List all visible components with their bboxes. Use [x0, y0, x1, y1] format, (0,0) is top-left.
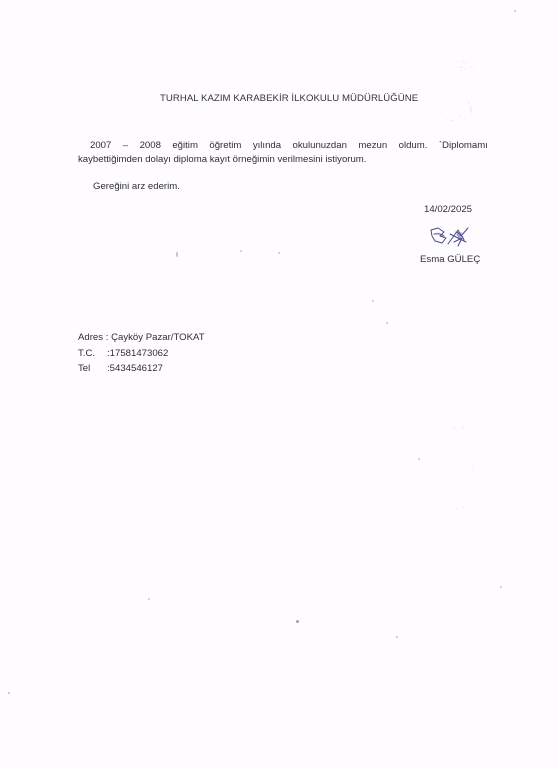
- tel-value: :5434546127: [107, 361, 163, 377]
- scan-speck: [296, 620, 299, 623]
- word: 2008: [140, 139, 161, 153]
- scan-artifact: .· ·:.: [452, 424, 466, 432]
- scan-speck: [176, 252, 178, 257]
- petition-paragraph: 2007 – 2008 eğitim öğretim yılında okulu…: [78, 139, 488, 167]
- word: –: [123, 139, 128, 153]
- word: mezun: [358, 139, 387, 153]
- word: `Diplomamı: [439, 139, 488, 153]
- tc-value: :17581473062: [107, 346, 168, 362]
- paragraph-line-2: kaybettiğimden dolayı diploma kayıt örne…: [78, 153, 488, 167]
- scanned-document-page: TURHAL KAZIM KARABEKİR İLKOKULU MÜDÜRLÜĞ…: [0, 0, 558, 768]
- word: yılında: [253, 139, 281, 153]
- document-date: 14/02/2025: [424, 204, 472, 215]
- scan-speck: [500, 586, 502, 588]
- word: eğitim: [172, 139, 198, 153]
- word: 2007: [90, 139, 111, 153]
- tel-label: Tel: [78, 361, 107, 377]
- scan-artifact: ·.·:.. ':· '·.: [456, 58, 475, 74]
- tc-label: T.C.: [78, 346, 107, 362]
- document-heading: TURHAL KAZIM KARABEKİR İLKOKULU MÜDÜRLÜĞ…: [160, 93, 410, 104]
- tel-row: Tel :5434546127: [78, 361, 205, 377]
- word: oldum.: [399, 139, 428, 153]
- scan-artifact: · . ·: [452, 504, 464, 512]
- signer-name: Esma GÜLEÇ: [420, 254, 480, 265]
- word: öğretim: [209, 139, 241, 153]
- scan-speck: [418, 458, 420, 460]
- scan-artifact: , |: [468, 98, 472, 114]
- scan-artifact: . ;: [470, 456, 474, 472]
- scan-speck: [514, 10, 516, 12]
- scan-speck: [148, 598, 150, 600]
- word: okulunuzdan: [293, 139, 347, 153]
- scan-speck: [278, 252, 280, 254]
- tc-row: T.C. :17581473062: [78, 346, 205, 362]
- address-label: Adres :: [78, 330, 108, 346]
- scan-speck: [8, 692, 10, 694]
- paragraph-line-1: 2007 – 2008 eğitim öğretim yılında okulu…: [78, 139, 488, 153]
- scan-speck: [396, 636, 398, 638]
- scan-artifact: · .. ' ·: [446, 116, 466, 124]
- address-value: Çayköy Pazar/TOKAT: [111, 330, 204, 346]
- closing-phrase: Gereğini arz ederim.: [93, 181, 180, 192]
- scan-speck: [240, 250, 242, 252]
- scan-speck: [372, 300, 374, 302]
- scan-speck: [386, 322, 388, 324]
- contact-block: Adres : Çayköy Pazar/TOKAT T.C. :1758147…: [78, 330, 205, 377]
- address-row: Adres : Çayköy Pazar/TOKAT: [78, 330, 205, 346]
- signature-icon: [428, 224, 472, 250]
